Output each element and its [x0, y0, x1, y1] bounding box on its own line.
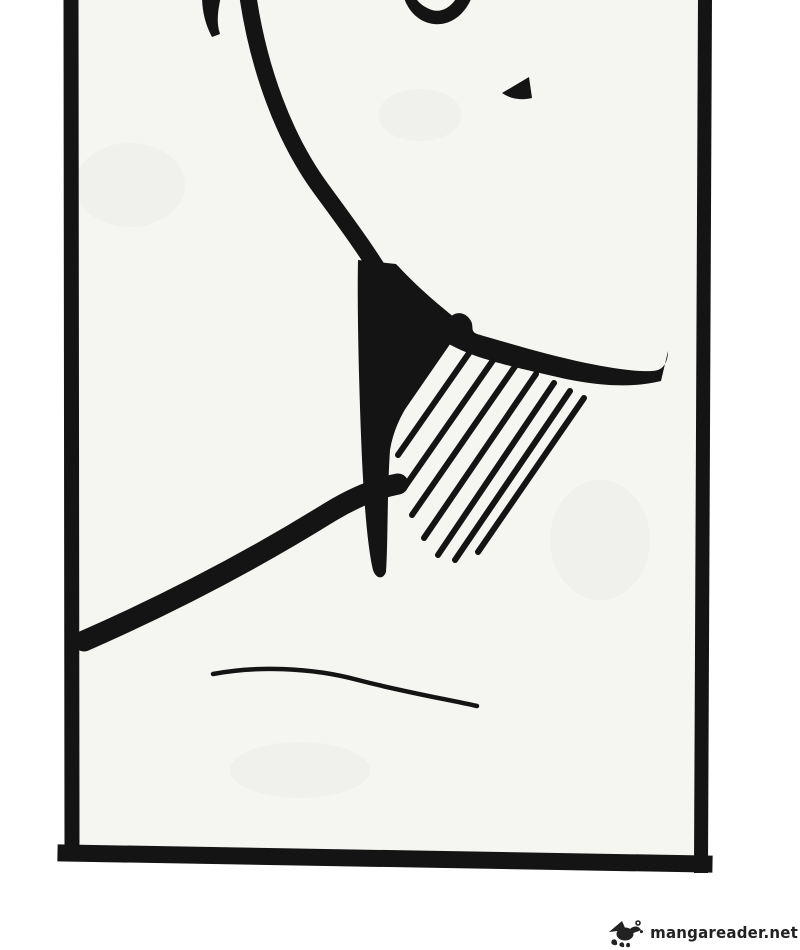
manga-page: mangareader.net	[0, 0, 800, 950]
watermark: mangareader.net	[608, 918, 798, 948]
manga-panel-artwork	[0, 0, 800, 950]
panel-border-right	[701, 0, 705, 866]
panel-border-left	[71, 0, 72, 852]
watermark-text: mangareader.net	[650, 925, 798, 941]
mangareader-mascot-icon	[608, 918, 648, 948]
panel-border-bottom	[66, 853, 704, 864]
